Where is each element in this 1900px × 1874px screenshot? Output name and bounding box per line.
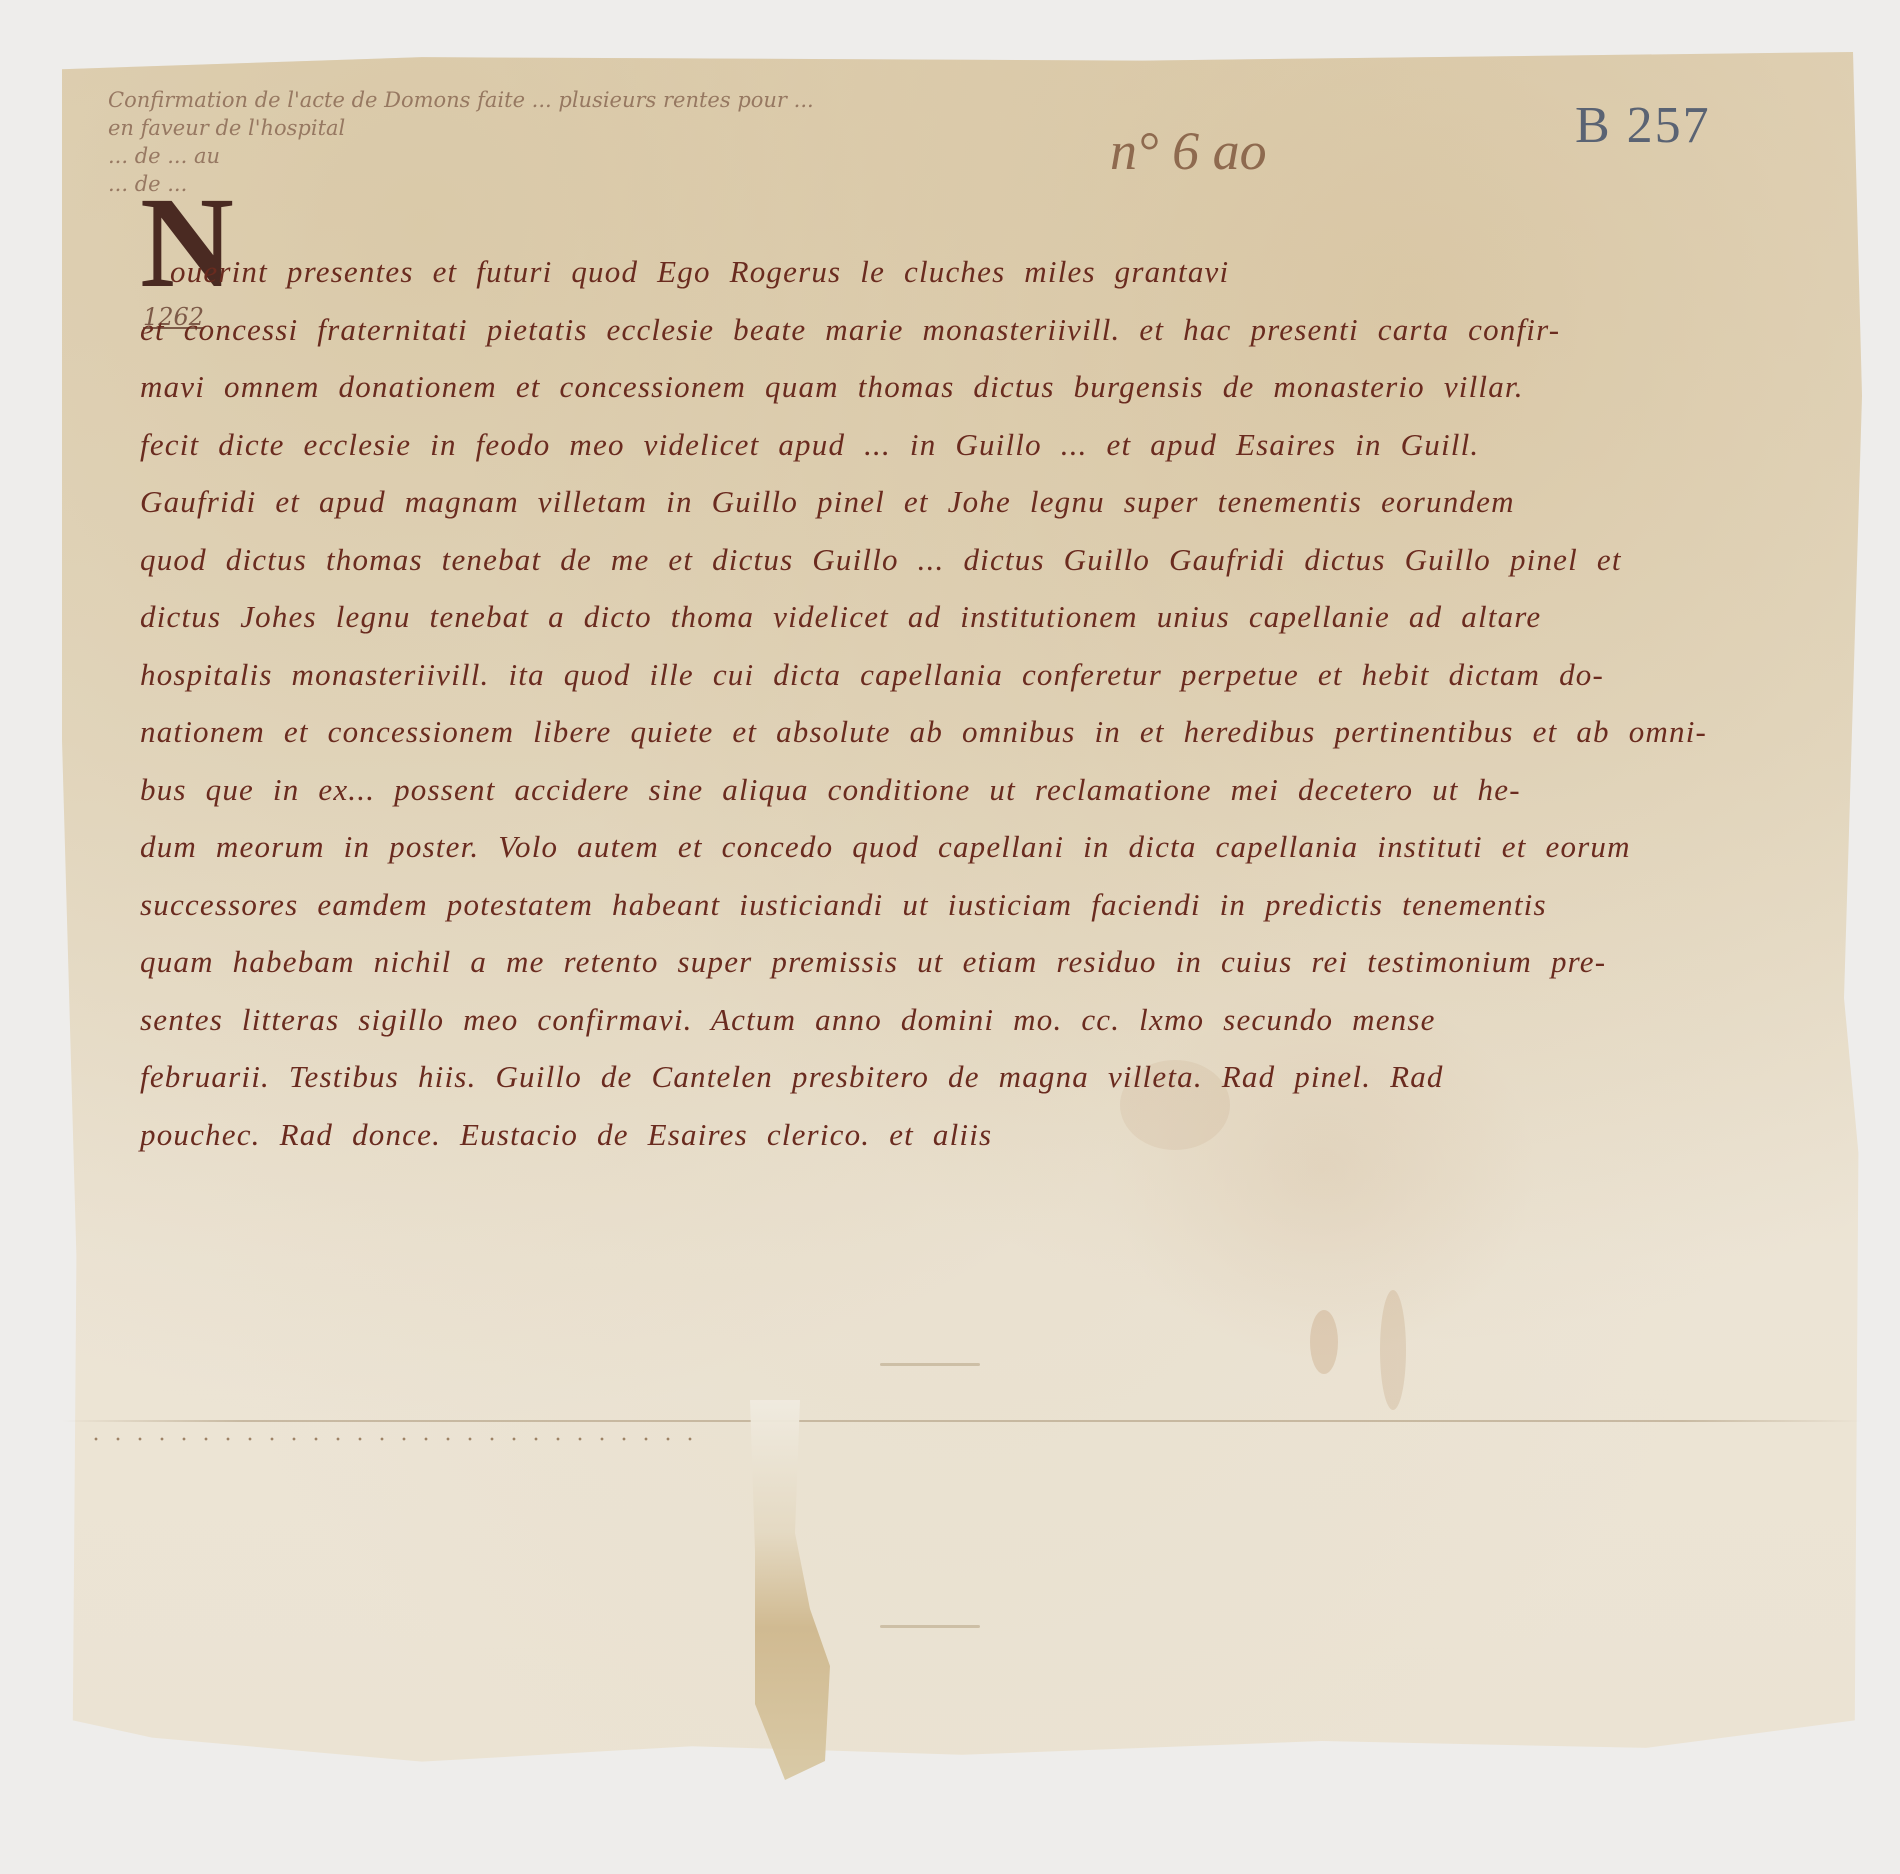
charter-line: quam habebam nichil a me retento super p… (140, 944, 1800, 1002)
charter-line: mavi omnem donationem et concessionem qu… (140, 369, 1800, 427)
seal-slit (880, 1363, 980, 1366)
stain (1380, 1290, 1406, 1410)
charter-line: dum meorum in poster. Volo autem et conc… (140, 829, 1800, 887)
seal-slit (880, 1625, 980, 1628)
archival-note-line: ... de ... (108, 170, 1008, 198)
archival-note-line: en faveur de l'hospital (108, 114, 1008, 142)
fold-line (62, 1420, 1862, 1422)
charter-line: Gaufridi et apud magnam villetam in Guil… (140, 484, 1800, 542)
charter-line: pouchec. Rad donce. Eustacio de Esaires … (140, 1117, 1800, 1175)
charter-text: ouerint presentes et futuri quod Ego Rog… (160, 254, 1800, 1174)
charter-line: ouerint presentes et futuri quod Ego Rog… (160, 254, 1800, 312)
stitching-holes (85, 1432, 705, 1446)
charter-line: nationem et concessionem libere quiete e… (140, 714, 1800, 772)
charter-line: et concessi fraternitati pietatis eccles… (140, 312, 1800, 370)
charter-line: februarii. Testibus hiis. Guillo de Cant… (140, 1059, 1800, 1117)
archival-note-line: ... de ... au (108, 142, 1008, 170)
charter-line: successores eamdem potestatem habeant iu… (140, 887, 1800, 945)
catalog-mark: B 257 (1575, 96, 1711, 155)
charter-line: sentes litteras sigillo meo confirmavi. … (140, 1002, 1800, 1060)
charter-line: bus que in ex... possent accidere sine a… (140, 772, 1800, 830)
archival-note-line: Confirmation de l'acte de Domons faite .… (108, 86, 1008, 114)
charter-line: quod dictus thomas tenebat de me et dict… (140, 542, 1800, 600)
shelfmark: n° 6 ao (1110, 120, 1267, 182)
charter-line: fecit dicte ecclesie in feodo meo videli… (140, 427, 1800, 485)
archival-note: Confirmation de l'acte de Domons faite .… (108, 86, 1008, 198)
charter-line: dictus Johes legnu tenebat a dicto thoma… (140, 599, 1800, 657)
charter-line: hospitalis monasteriivill. ita quod ille… (140, 657, 1800, 715)
stain (1310, 1310, 1338, 1374)
